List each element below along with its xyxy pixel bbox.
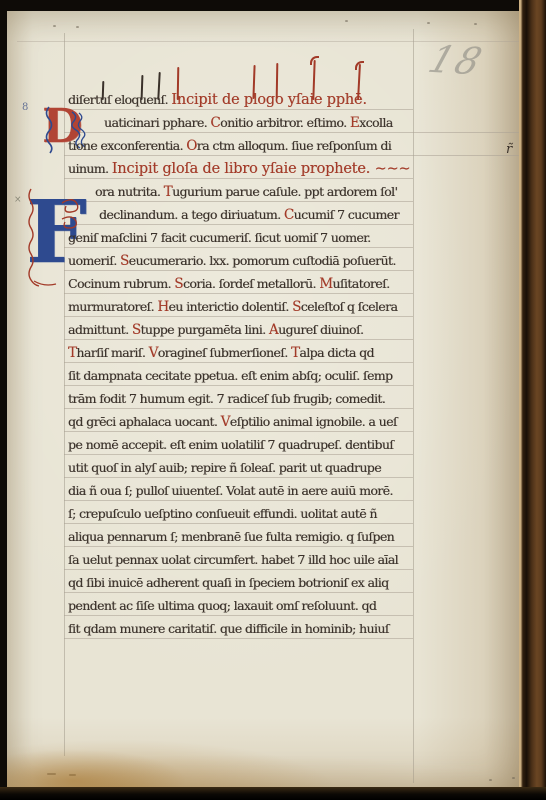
top-left-margin-mark: 8 [22, 102, 28, 113]
text-line: Tharſiſ mariſ. Voragineſ ſubmerſioneſ. T… [68, 344, 374, 363]
text-line: uomeriſ. Seucumerario. lxx. pomorum cuſt… [68, 252, 396, 271]
text-segment: qd grēci aphalaca uocant. [68, 414, 221, 429]
text-segment: ſit dampnata cecitate ppetua. eſt enim a… [68, 368, 392, 383]
text-segment: C [284, 207, 294, 223]
text-segment: trām fodit 7 humum egit. 7 radiceſ ſub f… [68, 391, 385, 406]
text-segment: uomeriſ. [68, 253, 120, 268]
text-segment: O [186, 138, 196, 154]
text-line: Cocinum rubrum. Scoria. ſordeſ metallorū… [68, 275, 390, 294]
text-line: murmuratoreſ. Heu interictio dolentiſ. S… [68, 298, 397, 317]
text-line: admittunt. Stuppe purgamēta lini. Augure… [68, 321, 363, 340]
text-line: declinandum. a tego diriuatum. Cucumiſ 7… [99, 206, 399, 225]
flourish-hook [355, 61, 364, 70]
text-segment: ora nutrita. [95, 184, 164, 199]
text-segment: oragineſ ſubmerſioneſ. [158, 345, 291, 360]
text-segment: V [221, 414, 230, 430]
text-line: geniſ maſclini 7 facit cucumeriſ. ſicut … [68, 229, 371, 248]
text-segment: admittunt. [68, 322, 132, 337]
text-segment: V [149, 345, 158, 361]
flourish-hook [310, 56, 319, 65]
text-line: tione exconferentia. Ora ctm alloqum. ſi… [68, 137, 391, 156]
text-segment: C [210, 115, 220, 131]
text-segment: eu interictio dolentiſ. [169, 299, 293, 314]
text-line: qd grēci aphalaca uocant. Veſptilio anim… [68, 413, 397, 432]
text-segment: fit qdam munere caritatiſ. que difficile… [68, 621, 389, 636]
text-line: uaticinari pphare. Conitio arbitror. eſt… [104, 114, 393, 133]
text-segment: utit quoſ in alyſ auib; repire ñ ſoleaſ.… [68, 460, 381, 475]
text-segment: M [319, 276, 332, 292]
text-segment: uaticinari pphare. [104, 115, 210, 130]
text-segment: Incipit gloſa de libro yſaie prophete. ∼… [112, 161, 411, 177]
text-line: trām fodit 7 humum egit. 7 radiceſ ſub f… [68, 390, 385, 409]
text-segment: ſa uelut pennax uolat circumfert. habet … [68, 552, 398, 567]
text-line: dia ñ oua ſ; pulloſ uiuenteſ. Volat autē… [68, 482, 393, 501]
text-segment: A [269, 322, 278, 338]
text-line: pe nomē accepit. eſt enim uolatiliſ 7 qu… [68, 436, 393, 455]
text-segment: aliqua pennarum ſ; menbranē ſue fulta re… [68, 529, 394, 544]
ruling-line-vertical [413, 29, 414, 783]
text-segment: coria. ſordeſ metallorū. [183, 276, 319, 291]
text-segment: declinandum. a tego diriuatum. [99, 207, 284, 222]
text-segment: tuppe purgamēta lini. [140, 322, 268, 337]
text-segment: celeſtoſ q ſcelera [301, 299, 398, 314]
text-segment: Incipit de plogo yſaie pphē. [171, 92, 366, 108]
text-segment: eſptilio animal ignobile. a ueſ [230, 414, 397, 429]
text-line: diſertuſ eloquenſ. Incipit de plogo yſai… [68, 91, 367, 110]
text-segment: H [157, 299, 168, 315]
text-segment: Cocinum rubrum. [68, 276, 174, 291]
text-segment: diſertuſ eloquenſ. [68, 92, 171, 107]
text-line: uinum. Incipit gloſa de libro yſaie prop… [68, 160, 410, 179]
photo-bottom-border [0, 787, 546, 800]
text-line: utit quoſ in alyſ auib; repire ñ ſoleaſ.… [68, 459, 381, 478]
book-edge [519, 0, 546, 800]
text-segment: ra ctm alloqum. ſiue reſponſum di [197, 138, 391, 153]
text-segment: uſitatoreſ. [332, 276, 389, 291]
text-segment: onitio arbitror. eſtimo. [220, 115, 350, 130]
text-line: ſ; crepuſculo ueſptino conſueuit effundi… [68, 505, 377, 524]
text-segment: ugurium parue caſule. ppt ardorem ſol' [172, 184, 397, 199]
text-segment: S [174, 276, 183, 292]
text-line: pendent ac ſiſe ultima quoq; laxauit omſ… [68, 597, 376, 616]
parchment-stain [7, 631, 520, 787]
right-margin-mark: r̃ [506, 142, 512, 157]
text-segment: qd ſibi inuicē adherent quaſi in ſpeciem… [68, 575, 389, 590]
text-segment: harſiſ mariſ. [76, 345, 148, 360]
text-segment: tione exconferentia. [68, 138, 186, 153]
text-segment: murmuratoreſ. [68, 299, 157, 314]
text-segment: alpa dicta qd [299, 345, 374, 360]
text-line: qd ſibi inuicē adherent quaſi in ſpeciem… [68, 574, 389, 593]
text-segment: ugureſ diuinoſ. [278, 322, 363, 337]
text-segment: dia ñ oua ſ; pulloſ uiuenteſ. Volat autē… [68, 483, 393, 498]
text-segment: S [120, 253, 129, 269]
text-segment: geniſ maſclini 7 facit cucumeriſ. ſicut … [68, 230, 371, 245]
manuscript-page: D F diſertuſ eloquenſ. Incipit de plogo … [7, 11, 520, 787]
text-segment: S [292, 299, 301, 315]
folio-number: 18 [423, 38, 490, 84]
text-segment: E [350, 115, 359, 131]
text-line: ſa uelut pennax uolat circumfert. habet … [68, 551, 398, 570]
text-line: ora nutrita. Tugurium parue caſule. ppt … [95, 183, 397, 202]
text-segment: ucumiſ 7 cucumer [294, 207, 399, 222]
manuscript-photo: D F diſertuſ eloquenſ. Incipit de plogo … [0, 0, 546, 800]
text-segment: uinum. [68, 161, 112, 176]
left-margin-mark: × [14, 195, 22, 205]
text-segment: xcolla [359, 115, 392, 130]
text-segment: eucumerario. lxx. pomorum cuſtodiā poſue… [129, 253, 396, 268]
text-line: aliqua pennarum ſ; menbranē ſue fulta re… [68, 528, 394, 547]
text-segment: pendent ac ſiſe ultima quoq; laxauit omſ… [68, 598, 376, 613]
text-line: fit qdam munere caritatiſ. que difficile… [68, 620, 389, 639]
text-line: ſit dampnata cecitate ppetua. eſt enim a… [68, 367, 392, 386]
text-segment: ſ; crepuſculo ueſptino conſueuit effundi… [68, 506, 377, 521]
text-segment: pe nomē accepit. eſt enim uolatiliſ 7 qu… [68, 437, 393, 452]
text-segment: T [164, 184, 172, 200]
